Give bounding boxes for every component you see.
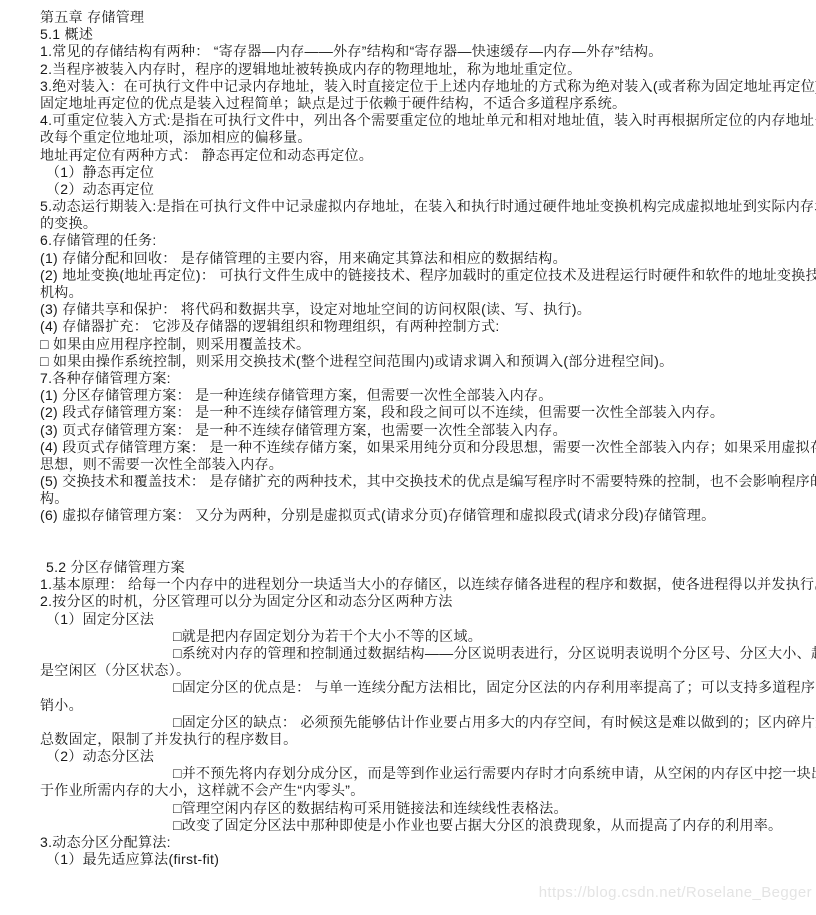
- list-item: (2) 地址变换(地址再定位)： 可执行文件生成中的链接技术、程序加载时的重定位…: [0, 267, 816, 284]
- bullet-item: □固定分区的缺点： 必须预先能够估计作业要占用多大的内存空间，有时候这是难以做到…: [0, 714, 816, 731]
- bullet-item: □系统对内存的管理和控制通过数据结构——分区说明表进行，分区说明表说明个分区号、…: [0, 645, 816, 662]
- paragraph: 3.绝对装入：在可执行文件中记录内存地址，装入时直接定位于上述内存地址的方式称为…: [0, 78, 816, 95]
- list-item: (3) 存储共享和保护： 将代码和数据共享，设定对地址空间的访问权限(读、写、执…: [0, 301, 816, 318]
- chapter-title: 第五章 存储管理: [0, 9, 816, 26]
- list-item: （2）动态再定位: [0, 181, 816, 198]
- paragraph: 3.动态分区分配算法:: [0, 834, 816, 851]
- list-item: （2）动态分区法: [0, 748, 816, 765]
- bullet-item: □就是把内存固定划分为若干个大小不等的区域。: [0, 628, 816, 645]
- bullet-item: □管理空闲内存区的数据结构可采用链接法和连续线性表格法。: [0, 800, 816, 817]
- list-item: (1) 存储分配和回收： 是存储管理的主要内容，用来确定其算法和相应的数据结构。: [0, 250, 816, 267]
- list-item: (4) 存储器扩充： 它涉及存储器的逻辑组织和物理组织，有两种控制方式:: [0, 318, 816, 335]
- list-item: （1）静态再定位: [0, 164, 816, 181]
- bullet-item: □ 如果由应用程序控制，则采用覆盖技术。: [0, 336, 816, 353]
- paragraph: 4.可重定位装入方式:是指在可执行文件中，列出各个需要重定位的地址单元和相对地址…: [0, 112, 816, 129]
- list-item: （1）固定分区法: [0, 611, 816, 628]
- list-item: (5) 交换技术和覆盖技术： 是存储扩充的两种技术，其中交换技术的优点是编写程序…: [0, 473, 816, 490]
- paragraph: 构。: [0, 490, 816, 507]
- bullet-item: □并不预先将内存划分成分区，而是等到作业运行需要内存时才向系统申请，从空闲的内存…: [0, 765, 816, 782]
- section-heading-5-2: 5.2 分区存储管理方案: [0, 559, 816, 576]
- paragraph: 固定地址再定位的优点是装入过程简单；缺点是过于依赖于硬件结构，不适合多道程序系统…: [0, 95, 816, 112]
- paragraph: 的变换。: [0, 215, 816, 232]
- list-item: (3) 页式存储管理方案： 是一种不连续存储管理方案，也需要一次性全部装入内存。: [0, 422, 816, 439]
- paragraph: 思想，则不需要一次性全部装入内存。: [0, 456, 816, 473]
- blank-line: [0, 542, 816, 559]
- paragraph: 2.当程序被装入内存时，程序的逻辑地址被转换成内存的物理地址，称为地址重定位。: [0, 61, 816, 78]
- list-item: (4) 段页式存储管理方案： 是一种不连续存储方案，如果采用纯分页和分段思想，需…: [0, 439, 816, 456]
- list-item: (1) 分区存储管理方案： 是一种连续存储管理方案，但需要一次性全部装入内存。: [0, 387, 816, 404]
- watermark-url: https://blog.csdn.net/Roselane_Begger: [539, 884, 812, 901]
- section-heading-5-1: 5.1 概述: [0, 26, 816, 43]
- paragraph: 2.按分区的时机，分区管理可以分为固定分区和动态分区两种方法: [0, 593, 816, 610]
- paragraph: 1.基本原理： 给每一个内存中的进程划分一块适当大小的存储区，以连续存储各进程的…: [0, 576, 816, 593]
- paragraph: 销小。: [0, 697, 816, 714]
- paragraph: 改每个重定位地址项，添加相应的偏移量。: [0, 129, 816, 146]
- paragraph: 5.动态运行期装入:是指在可执行文件中记录虚拟内存地址，在装入和执行时通过硬件地…: [0, 198, 816, 215]
- document-body: 第五章 存储管理5.1 概述1.常见的存储结构有两种： “寄存器—内存——外存”…: [0, 9, 816, 868]
- paragraph: 6.存储管理的任务:: [0, 232, 816, 249]
- bullet-item: □改变了固定分区法中那种即使是小作业也要占据大分区的浪费现象，从而提高了内存的利…: [0, 817, 816, 834]
- blank-line: [0, 525, 816, 542]
- list-item: (2) 段式存储管理方案： 是一种不连续存储管理方案，段和段之间可以不连续，但需…: [0, 404, 816, 421]
- list-item: （1）最先适应算法(first-fit): [0, 851, 816, 868]
- paragraph: 1.常见的存储结构有两种： “寄存器—内存——外存”结构和“寄存器—快速缓存—内…: [0, 43, 816, 60]
- paragraph: 地址再定位有两种方式： 静态再定位和动态再定位。: [0, 147, 816, 164]
- bullet-item: □固定分区的优点是： 与单一连续分配方法相比，固定分区法的内存利用率提高了；可以…: [0, 679, 816, 696]
- paragraph: 总数固定，限制了并发执行的程序数目。: [0, 731, 816, 748]
- list-item: (6) 虚拟存储管理方案： 又分为两种，分别是虚拟页式(请求分页)存储管理和虚拟…: [0, 507, 816, 524]
- paragraph: 7.各种存储管理方案:: [0, 370, 816, 387]
- paragraph: 于作业所需内存的大小，这样就不会产生“内零头”。: [0, 782, 816, 799]
- paragraph: 机构。: [0, 284, 816, 301]
- paragraph: 是空闲区（分区状态）。: [0, 662, 816, 679]
- bullet-item: □ 如果由操作系统控制，则采用交换技术(整个进程空间范围内)或请求调入和预调入(…: [0, 353, 816, 370]
